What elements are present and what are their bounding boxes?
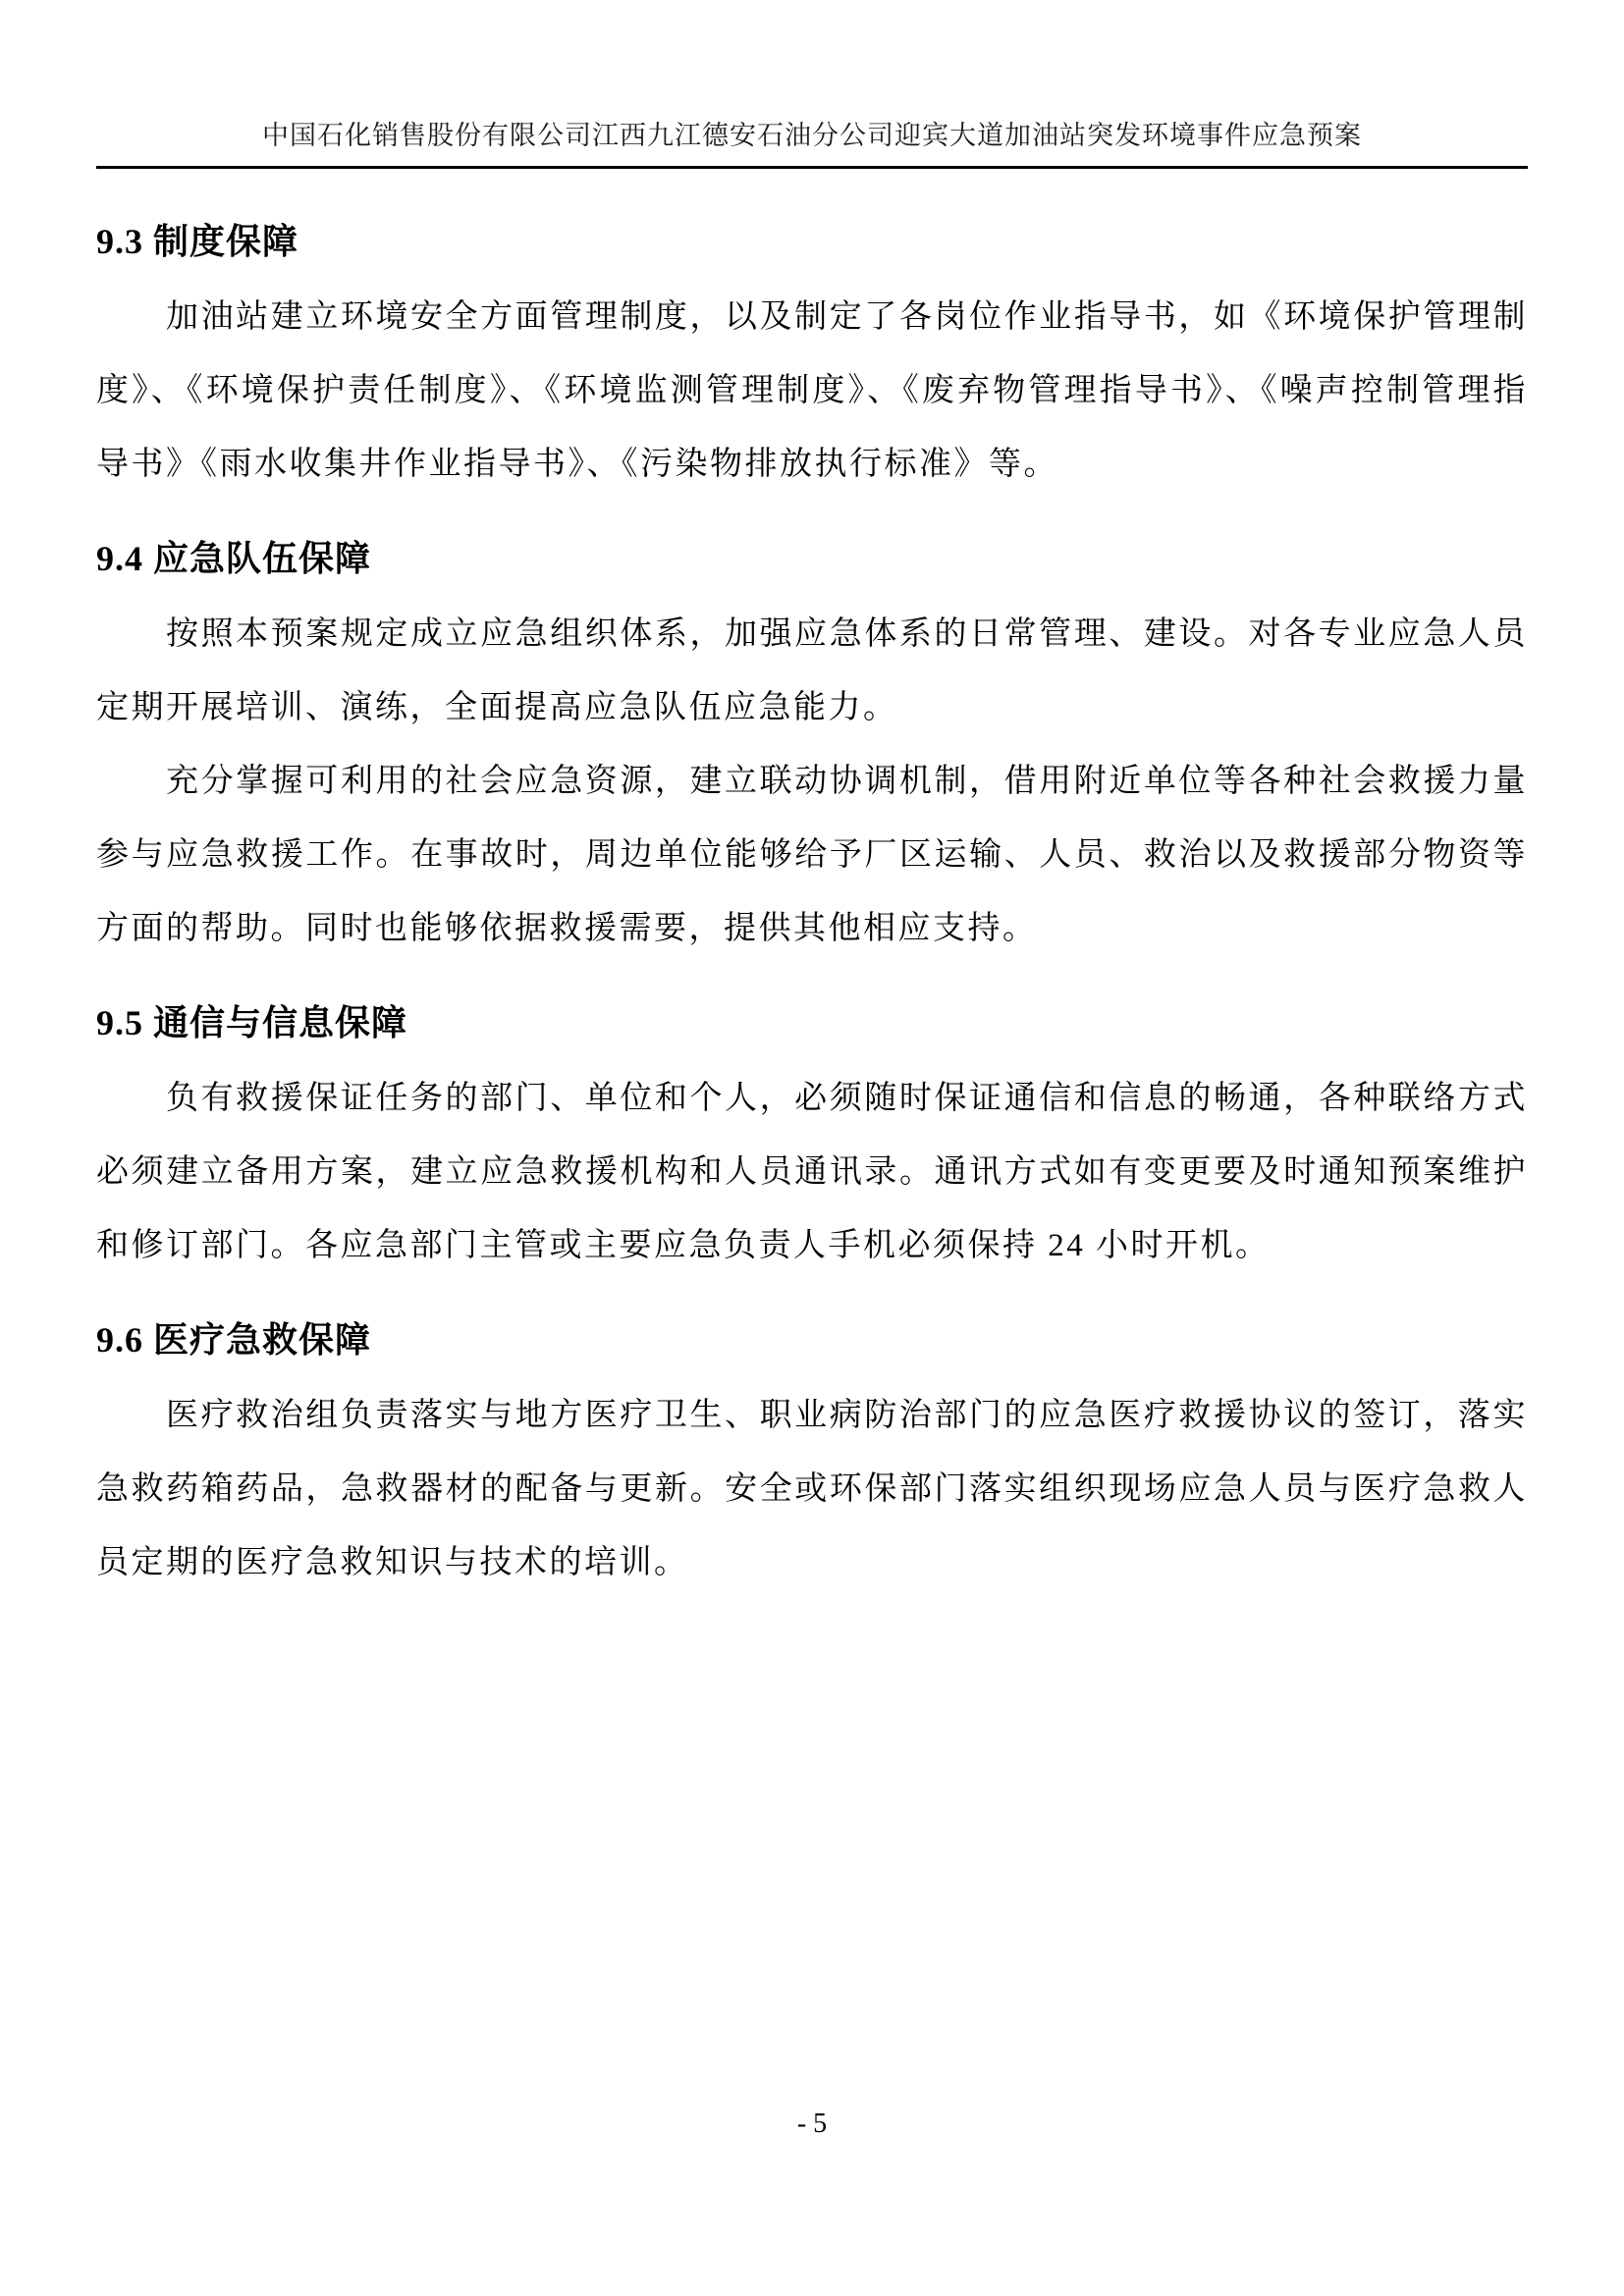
section-9-3-paragraph-1: 加油站建立环境安全方面管理制度，以及制定了各岗位作业指导书，如《环境保护管理制度… [96,281,1528,502]
section-9-4-paragraph-1: 按照本预案规定成立应急组织体系，加强应急体系的日常管理、建设。对各专业应急人员定… [96,598,1528,745]
page-number: - 5 [797,2109,827,2139]
document-page: 中国石化销售股份有限公司江西九江德安石油分公司迎宾大道加油站突发环境事件应急预案… [0,0,1624,2296]
section-9-6-paragraph-1: 医疗救治组负责落实与地方医疗卫生、职业病防治部门的应急医疗救援协议的签订，落实急… [96,1379,1528,1600]
section-9-4-paragraph-2: 充分掌握可利用的社会应急资源，建立联动协调机制，借用附近单位等各种社会救援力量参… [96,745,1528,966]
section-9-5-paragraph-1: 负有救援保证任务的部门、单位和个人，必须随时保证通信和信息的畅通，各种联络方式必… [96,1062,1528,1283]
header-divider [96,166,1528,169]
section-heading-9-4: 9.4 应急队伍保障 [96,535,1528,582]
page-footer: - 5 [0,2109,1624,2140]
document-content: 9.3 制度保障 加油站建立环境安全方面管理制度，以及制定了各岗位作业指导书，如… [96,218,1528,1600]
header-title: 中国石化销售股份有限公司江西九江德安石油分公司迎宾大道加油站突发环境事件应急预案 [96,114,1528,152]
page-header: 中国石化销售股份有限公司江西九江德安石油分公司迎宾大道加油站突发环境事件应急预案 [96,114,1528,169]
section-heading-9-6: 9.6 医疗急救保障 [96,1316,1528,1363]
section-heading-9-5: 9.5 通信与信息保障 [96,999,1528,1046]
section-heading-9-3: 9.3 制度保障 [96,218,1528,265]
